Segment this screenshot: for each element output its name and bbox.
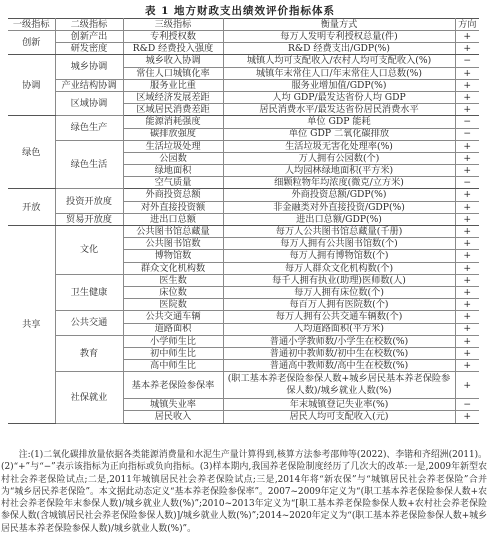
level2-cell: 教育	[55, 335, 123, 372]
direction-cell: +	[455, 238, 479, 250]
level2-cell: 绿色生产	[55, 116, 123, 140]
measure-cell: 单位 GDP 能耗	[223, 116, 455, 128]
level3-cell: 常住人口城镇化率	[123, 67, 223, 79]
level3-cell: 城镇失业率	[123, 399, 223, 411]
measure-cell: 年末城镇登记失业率(%)	[223, 399, 455, 411]
measure-cell: 每万人公共图书馆总藏量(千册)	[223, 226, 455, 238]
level2-cell: 城乡协调	[55, 55, 123, 79]
direction-cell: −	[455, 55, 479, 67]
level3-cell: 绿地面积	[123, 165, 223, 177]
level3-cell: 生活垃圾处理	[123, 140, 223, 152]
header-level2: 二级指标	[55, 19, 123, 31]
measure-cell: 人均 GDP/最发达省份人均 GDP	[223, 91, 455, 103]
table-row: 协调城乡协调城乡收入协调城镇人均可支配收入/农村人均可支配收入(%)−	[8, 55, 479, 67]
header-direction: 方向	[455, 19, 479, 31]
table-row: 创新创新产出专利授权数每万人发明专利授权总量(件)+	[8, 31, 479, 43]
level3-cell: 群众文化机构数	[123, 262, 223, 274]
header-level1: 一级指标	[8, 19, 55, 31]
table-row: 研发密度R&D 经费投入强度R&D 经费支出/GDP(%)+	[8, 43, 479, 55]
measure-cell: 城镇人均可支配收入/农村人均可支配收入(%)	[223, 55, 455, 67]
direction-cell: +	[455, 372, 479, 399]
measure-cell: 每万人发明专利授权总量(件)	[223, 31, 455, 43]
table-row: 开放投资开放度外商投资总额外商投资总额/GDP(%)+	[8, 189, 479, 201]
level2-cell: 卫生健康	[55, 274, 123, 311]
level3-cell: 居民收入	[123, 411, 223, 423]
direction-cell: +	[455, 311, 479, 323]
direction-cell: −	[455, 128, 479, 140]
direction-cell: +	[455, 411, 479, 423]
direction-cell: +	[455, 79, 479, 91]
direction-cell: +	[455, 335, 479, 347]
measure-cell: 普通高中教师数/高中生在校数(%)	[223, 360, 455, 372]
measure-cell: 普通初中教师数/初中生在校数(%)	[223, 347, 455, 359]
level3-cell: 高中师生比	[123, 360, 223, 372]
level1-cell: 协调	[8, 55, 55, 116]
direction-cell: +	[455, 165, 479, 177]
direction-cell: +	[455, 286, 479, 298]
table-row: 公共交通公共交通车辆每万人拥有公共交通车辆数(个)+	[8, 311, 479, 323]
table-row: 绿色生活生活垃圾处理生活垃圾无害化处理率(%)+	[8, 140, 479, 152]
measure-cell: 服务业增加值/GDP(%)	[223, 79, 455, 91]
measure-cell: 每万人拥有公共交通车辆数(个)	[223, 311, 455, 323]
level3-cell: 初中师生比	[123, 347, 223, 359]
direction-cell: +	[455, 152, 479, 164]
level3-cell: 碳排放强度	[123, 128, 223, 140]
direction-cell: +	[455, 323, 479, 335]
level3-cell: 空气质量	[123, 177, 223, 189]
direction-cell: −	[455, 116, 479, 128]
measure-cell: 每千人拥有执业(助理)医师数(人)	[223, 274, 455, 286]
table-row: 区域协调区域经济发展差距人均 GDP/最发达省份人均 GDP+	[8, 91, 479, 103]
direction-cell: +	[455, 31, 479, 43]
measure-cell: 居民消费水平/最发达省份居民消费水平	[223, 104, 455, 116]
level1-cell: 创新	[8, 31, 55, 55]
level3-cell: 能源消耗强度	[123, 116, 223, 128]
header-level3: 三级指标	[123, 19, 223, 31]
level2-cell: 创新产出	[55, 31, 123, 43]
measure-cell: 普通小学教师数/小学生在校数(%)	[223, 335, 455, 347]
direction-cell: −	[455, 399, 479, 411]
level2-cell: 贸易开放度	[55, 213, 123, 225]
level3-cell: 医生数	[123, 274, 223, 286]
level2-cell: 区域协调	[55, 91, 123, 115]
measure-cell: 每万人拥有公共图书馆数(个)	[223, 238, 455, 250]
level3-cell: 床位数	[123, 286, 223, 298]
level2-cell: 社保就业	[55, 372, 123, 423]
direction-cell: −	[455, 177, 479, 189]
level3-cell: 基本养老保险参保率	[123, 372, 223, 399]
table-caption: 表 1 地方财政支出绩效评价指标体系	[0, 3, 480, 18]
direction-cell: +	[455, 262, 479, 274]
measure-cell: 细颗粒物年均浓度(微克/立方米)	[223, 177, 455, 189]
level1-cell: 绿色	[8, 116, 55, 189]
table-body: 创新创新产出专利授权数每万人发明专利授权总量(件)+研发密度R&D 经费投入强度…	[8, 31, 479, 424]
table-row: 绿色绿色生产能源消耗强度单位 GDP 能耗−	[8, 116, 479, 128]
direction-cell: +	[455, 250, 479, 262]
table-row: 共享文化公共图书馆总藏量每万人公共图书馆总藏量(千册)+	[8, 226, 479, 238]
table-header-row: 一级指标 二级指标 三级指标 衡量方式 方向	[8, 19, 479, 31]
measure-cell: 外商投资总额/GDP(%)	[223, 189, 455, 201]
level3-cell: 服务业比重	[123, 79, 223, 91]
level2-cell: 文化	[55, 226, 123, 275]
direction-cell: +	[455, 201, 479, 213]
level3-cell: 专利授权数	[123, 31, 223, 43]
measure-cell: 非金融类对外直接投资/GDP(%)	[223, 201, 455, 213]
table-row: 教育小学师生比普通小学教师数/小学生在校数(%)+	[8, 335, 479, 347]
level3-cell: 医院数	[123, 299, 223, 311]
level2-cell: 投资开放度	[55, 189, 123, 213]
level3-cell: 道路面积	[123, 323, 223, 335]
level3-cell: 公共图书馆总藏量	[123, 226, 223, 238]
level3-cell: 对外直接投资额	[123, 201, 223, 213]
level3-cell: 公共图书馆数	[123, 238, 223, 250]
level2-cell: 公共交通	[55, 311, 123, 335]
direction-cell: +	[455, 104, 479, 116]
level1-cell: 开放	[8, 189, 55, 226]
level3-cell: 公园数	[123, 152, 223, 164]
level3-cell: 博物馆数	[123, 250, 223, 262]
measure-cell: 每百万人拥有医院数(个)	[223, 299, 455, 311]
level3-cell: 公共交通车辆	[123, 311, 223, 323]
level3-cell: 外商投资总额	[123, 189, 223, 201]
level3-cell: 进出口总额	[123, 213, 223, 225]
direction-cell: +	[455, 274, 479, 286]
measure-cell: 人均道路面积(平方米)	[223, 323, 455, 335]
direction-cell: +	[455, 299, 479, 311]
table-row: 产业结构协调服务业比重服务业增加值/GDP(%)+	[8, 79, 479, 91]
measure-cell: 人均园林绿地面积(平方米)	[223, 165, 455, 177]
direction-cell: +	[455, 67, 479, 79]
direction-cell: +	[455, 360, 479, 372]
measure-cell: 每万人群众文化机构数(个)	[223, 262, 455, 274]
measure-cell: 万人拥有公园数(个)	[223, 152, 455, 164]
level3-cell: 区域经济发展差距	[123, 91, 223, 103]
measure-cell: 居民人均可支配收入(元)	[223, 411, 455, 423]
measure-cell: (职工基本养老保险参保人数+城乡居民基本养老保险参保人数)/城乡就业人数(%)	[223, 372, 455, 399]
measure-cell: 生活垃圾无害化处理率(%)	[223, 140, 455, 152]
table-note: 注:(1)二氧化碳排放量依据各类能源消费量和水泥生产量计算得到,核算方法参考邵帅…	[1, 449, 487, 535]
level2-cell: 研发密度	[55, 43, 123, 55]
direction-cell: +	[455, 347, 479, 359]
direction-cell: +	[455, 213, 479, 225]
measure-cell: 每万人拥有博物馆数(个)	[223, 250, 455, 262]
measure-cell: 单位 GDP 二氧化碳排放	[223, 128, 455, 140]
level3-cell: 小学师生比	[123, 335, 223, 347]
direction-cell: +	[455, 140, 479, 152]
direction-cell: +	[455, 91, 479, 103]
table-row: 社保就业基本养老保险参保率(职工基本养老保险参保人数+城乡居民基本养老保险参保人…	[8, 372, 479, 399]
measure-cell: 每万人拥有床位数(个)	[223, 286, 455, 298]
table-row: 贸易开放度进出口总额进出口总额/GDP(%)+	[8, 213, 479, 225]
level2-cell: 产业结构协调	[55, 79, 123, 91]
direction-cell: +	[455, 189, 479, 201]
header-measure: 衡量方式	[223, 19, 455, 31]
level1-cell: 共享	[8, 226, 55, 424]
direction-cell: +	[455, 226, 479, 238]
table-row: 卫生健康医生数每千人拥有执业(助理)医师数(人)+	[8, 274, 479, 286]
level3-cell: 区域居民消费差距	[123, 104, 223, 116]
level3-cell: 城乡收入协调	[123, 55, 223, 67]
indicator-table: 一级指标 二级指标 三级指标 衡量方式 方向 创新创新产出专利授权数每万人发明专…	[8, 18, 479, 424]
level3-cell: R&D 经费投入强度	[123, 43, 223, 55]
measure-cell: 城镇年末常住人口/年末常住人口总数(%)	[223, 67, 455, 79]
measure-cell: R&D 经费支出/GDP(%)	[223, 43, 455, 55]
measure-cell: 进出口总额/GDP(%)	[223, 213, 455, 225]
level2-cell: 绿色生活	[55, 140, 123, 189]
direction-cell: +	[455, 43, 479, 55]
note-text: 注:(1)二氧化碳排放量依据各类能源消费量和水泥生产量计算得到,核算方法参考邵帅…	[1, 449, 487, 535]
